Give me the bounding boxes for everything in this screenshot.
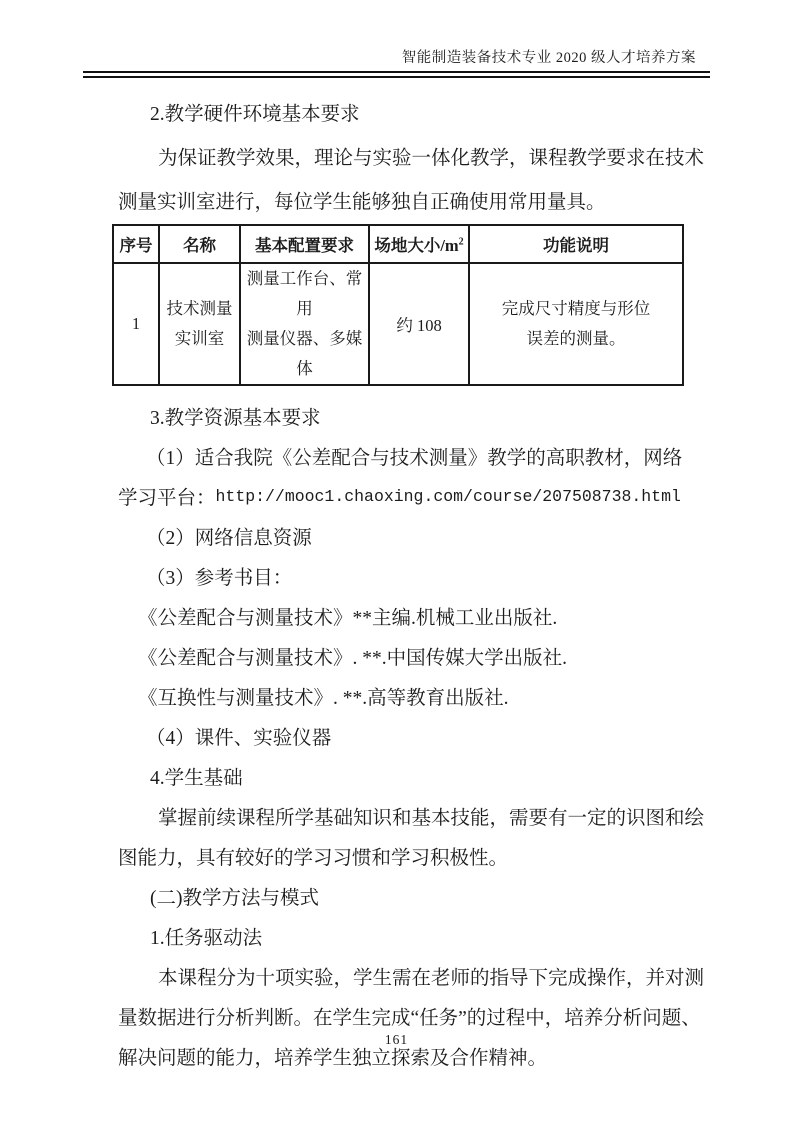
cell-config-line1: 测量工作台、常用: [243, 264, 366, 324]
cell-function: 完成尺寸精度与形位 误差的测量。: [469, 263, 683, 385]
paragraph-line: 测量实训室进行，每位学生能够独自正确使用常用量具。: [118, 178, 688, 222]
reference-book-2: 《公差配合与测量技术》. **.中国传媒大学出版社.: [118, 636, 688, 676]
list-item-1: （1）适合我院《公差配合与技术测量》教学的高职教材，网络: [118, 436, 688, 476]
cell-config: 测量工作台、常用 测量仪器、多媒体: [240, 263, 369, 385]
cell-config-line2: 测量仪器、多媒体: [243, 324, 366, 384]
cell-function-line2: 误差的测量。: [472, 324, 680, 354]
paragraph-line: 本课程分为十项实验，学生需在老师的指导下完成操作，并对测: [118, 956, 688, 996]
heading-hardware-env: 2.教学硬件环境基本要求: [118, 90, 688, 134]
col-header-function: 功能说明: [469, 225, 683, 263]
platform-url-line: 学习平台：http://mooc1.chaoxing.com/course/20…: [118, 476, 688, 516]
cell-name-line1: 技术测量: [162, 294, 237, 324]
header-double-rule: [83, 71, 710, 78]
paragraph-line: 掌握前续课程所学基础知识和基本技能，需要有一定的识图和绘: [118, 796, 688, 836]
running-head-title: 智能制造装备技术专业 2020 级人才培养方案: [83, 46, 710, 67]
cell-name: 技术测量 实训室: [159, 263, 240, 385]
cell-function-line1: 完成尺寸精度与形位: [472, 294, 680, 324]
col-header-no: 序号: [113, 225, 159, 263]
document-page: 智能制造装备技术专业 2020 级人才培养方案 2.教学硬件环境基本要求 为保证…: [0, 0, 793, 1122]
col-header-config: 基本配置要求: [240, 225, 369, 263]
paragraph-line: 量数据进行分析判断。在学生完成“任务”的过程中，培养分析问题、: [118, 996, 688, 1036]
reference-book-3: 《互换性与测量技术》. **.高等教育出版社.: [118, 676, 688, 716]
page-number: 161: [0, 1032, 793, 1048]
col-header-area: 场地大小/m2: [369, 225, 469, 263]
cell-area: 约 108: [369, 263, 469, 385]
paragraph-line: 为保证教学效果，理论与实验一体化教学，课程教学要求在技术: [118, 134, 688, 178]
table-header-row: 序号 名称 基本配置要求 场地大小/m2 功能说明: [113, 225, 683, 263]
list-item-3: （3）参考书目：: [118, 556, 688, 596]
training-room-table: 序号 名称 基本配置要求 场地大小/m2 功能说明 1 技术测量 实训室 测量工…: [112, 224, 684, 386]
heading-teaching-methods: (二)教学方法与模式: [118, 876, 688, 916]
course-url: http://mooc1.chaoxing.com/course/2075087…: [216, 487, 681, 506]
platform-label: 学习平台：: [118, 482, 216, 510]
table-row: 1 技术测量 实训室 测量工作台、常用 测量仪器、多媒体 约 108 完成尺寸精…: [113, 263, 683, 385]
paragraph-line: 图能力，具有较好的学习习惯和学习积极性。: [118, 836, 688, 876]
col-header-name: 名称: [159, 225, 240, 263]
area-superscript: 2: [459, 237, 464, 248]
heading-student-basis: 4.学生基础: [118, 756, 688, 796]
heading-task-driven: 1.任务驱动法: [118, 916, 688, 956]
list-item-4: （4）课件、实验仪器: [118, 716, 688, 756]
reference-book-1: 《公差配合与测量技术》**主编.机械工业出版社.: [118, 596, 688, 636]
page-body: 2.教学硬件环境基本要求 为保证教学效果，理论与实验一体化教学，课程教学要求在技…: [118, 90, 688, 1076]
col-header-area-text: 场地大小/m: [374, 236, 458, 255]
cell-name-line2: 实训室: [162, 324, 237, 354]
heading-teaching-resources: 3.教学资源基本要求: [118, 396, 688, 436]
cell-no: 1: [113, 263, 159, 385]
list-item-2: （2）网络信息资源: [118, 516, 688, 556]
